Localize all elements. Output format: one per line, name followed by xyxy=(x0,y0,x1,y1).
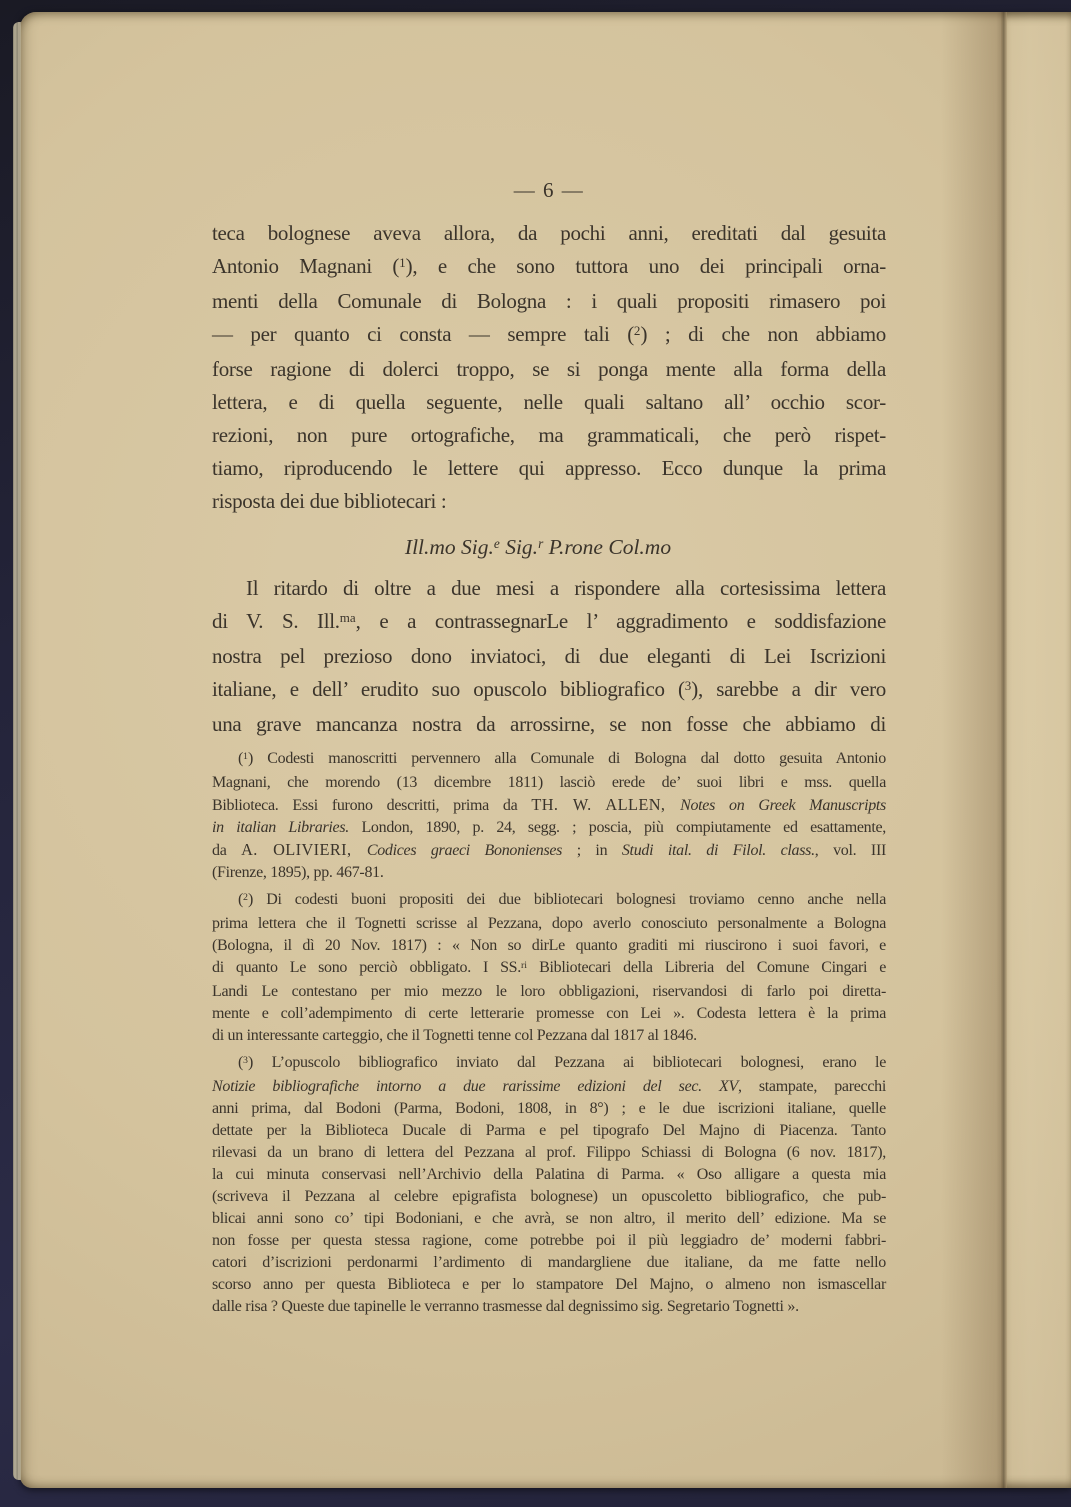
text-segment: Studi ital. di Filol. class. xyxy=(622,842,815,859)
text-segment: rilevasi da un brano di lettera del Pezz… xyxy=(212,1144,886,1161)
text-segment: di V. S. Ill. xyxy=(212,609,340,633)
photo-background: { "page": { "number_display": "— 6 —" },… xyxy=(0,0,1071,1507)
text-line: (Bologna, il dì 20 Nov. 1817) : « Non so… xyxy=(212,935,886,957)
text-segment: anni prima, dal Bodoni (Parma, Bodoni, 1… xyxy=(212,1100,886,1117)
text-segment: ) Codesti manoscritti pervennero alla Co… xyxy=(248,750,886,767)
footnote-3: (3) L’opuscolo bibliografico inviato dal… xyxy=(212,1052,886,1318)
text-line: blicai anni sono co’ tipi Bodoniani, e c… xyxy=(212,1208,886,1230)
text-segment: mente e coll’adempimento di certe letter… xyxy=(212,1005,886,1022)
superscript: 2 xyxy=(634,323,641,338)
text-segment: blicai anni sono co’ tipi Bodoniani, e c… xyxy=(212,1210,886,1227)
text-segment: Biblioteca. Essi furono descritti, prima… xyxy=(212,797,531,814)
text-line: in italian Libraries. London, 1890, p. 2… xyxy=(212,817,886,839)
text-segment: menti della Comunale di Bologna : i qual… xyxy=(212,289,886,313)
text-segment: Ill.mo Sig. xyxy=(405,535,494,559)
footnote-2: (2) Di codesti buoni propositi dei due b… xyxy=(212,889,886,1047)
text-line: Il ritardo di oltre a due mesi a rispond… xyxy=(212,572,886,605)
text-segment: London, 1890, p. 24, segg. ; poscia, più… xyxy=(349,819,886,836)
superscript: 3 xyxy=(685,678,692,693)
text-segment: ), sarebbe a dir vero xyxy=(691,677,886,701)
text-segment: , e a contrassegnarLe l’ aggradimento e … xyxy=(356,609,886,633)
text-line: Landi Le contestano per mio mezzo le lor… xyxy=(212,981,886,1003)
letter-opening-paragraph: Il ritardo di oltre a due mesi a rispond… xyxy=(212,572,886,741)
text-line: mente e coll’adempimento di certe letter… xyxy=(212,1003,886,1025)
text-segment: (Firenze, 1895), pp. 467-81. xyxy=(212,864,384,881)
text-line: Magnani, che morendo (13 dicembre 1811) … xyxy=(212,772,886,794)
text-line: lettera, e di quella seguente, nelle qua… xyxy=(212,386,886,419)
text-segment: Sig. xyxy=(500,535,538,559)
superscript: ri xyxy=(521,960,527,971)
footnotes-section: (1) Codesti manoscritti pervennero alla … xyxy=(212,748,886,1318)
text-segment: ; in xyxy=(562,842,622,859)
text-line: (Firenze, 1895), pp. 467-81. xyxy=(212,862,886,884)
text-segment: (Bologna, il dì 20 Nov. 1817) : « Non so… xyxy=(212,937,886,954)
text-segment: Codices graeci Bononienses xyxy=(367,842,562,859)
text-segment: di quanto Le sono perciò obbligato. I SS… xyxy=(212,959,521,976)
text-line: una grave mancanza nostra da arrossirne,… xyxy=(212,708,886,741)
text-line: non fosse per questa stessa ragione, com… xyxy=(212,1230,886,1252)
text-segment: ), e che sono tuttora uno dei principali… xyxy=(406,254,886,278)
text-segment: dalle risa ? Queste due tapinelle le ver… xyxy=(212,1298,799,1315)
text-line: anni prima, dal Bodoni (Parma, Bodoni, 1… xyxy=(212,1098,886,1120)
text-segment: ) ; di che non abbiamo xyxy=(640,322,886,346)
footnote-1: (1) Codesti manoscritti pervennero alla … xyxy=(212,748,886,884)
text-segment: forse ragione di dolerci troppo, se si p… xyxy=(212,357,886,381)
text-line: Biblioteca. Essi furono descritti, prima… xyxy=(212,794,886,817)
text-segment: la cui minuta conservasi nell’Archivio d… xyxy=(212,1166,886,1183)
text-segment: in italian Libraries. xyxy=(212,819,349,836)
text-segment: Landi Le contestano per mio mezzo le lor… xyxy=(212,983,886,1000)
text-line: Notizie bibliografiche intorno a due rar… xyxy=(212,1076,886,1098)
text-line: scorso anno per questa Biblioteca e per … xyxy=(212,1274,886,1296)
text-line: di quanto Le sono perciò obbligato. I SS… xyxy=(212,957,886,981)
text-segment: (scriveva il Pezzana al celebre epigrafi… xyxy=(212,1188,886,1205)
text-segment: teca bolognese aveva allora, da pochi an… xyxy=(212,221,886,245)
text-segment: , vol. III xyxy=(815,842,886,859)
text-line: menti della Comunale di Bologna : i qual… xyxy=(212,285,886,318)
text-segment: italiane, e dell’ erudito suo opuscolo b… xyxy=(212,677,685,701)
text-line: Antonio Magnani (1), e che sono tuttora … xyxy=(212,250,886,285)
text-segment: Magnani, che morendo (13 dicembre 1811) … xyxy=(212,774,886,791)
text-segment: P.rone Col.mo xyxy=(543,535,671,559)
text-line: prima lettera che il Tognetti scrisse al… xyxy=(212,913,886,935)
text-segment: TH. W. ALLEN, xyxy=(531,795,680,814)
text-segment: tiamo, riproducendo le lettere qui appre… xyxy=(212,456,886,480)
text-segment: risposta dei due bibliotecari : xyxy=(212,489,446,513)
paragraph-continued: teca bolognese aveva allora, da pochi an… xyxy=(212,217,886,518)
text-segment: catori d’iscrizioni perdonarmi l’ardimen… xyxy=(212,1254,886,1271)
superscript: 1 xyxy=(243,751,248,762)
superscript: r xyxy=(538,536,543,551)
text-segment: una grave mancanza nostra da arrossirne,… xyxy=(212,712,886,736)
text-segment: scorso anno per questa Biblioteca e per … xyxy=(212,1276,886,1293)
text-segment: lettera, e di quella seguente, nelle qua… xyxy=(212,390,886,414)
superscript: 3 xyxy=(243,1055,248,1066)
text-line: forse ragione di dolerci troppo, se si p… xyxy=(212,353,886,386)
text-line: — per quanto ci consta — sempre tali (2)… xyxy=(212,318,886,353)
text-line: rilevasi da un brano di lettera del Pezz… xyxy=(212,1142,886,1164)
text-segment: ) L’opuscolo bibliografico inviato dal P… xyxy=(248,1054,886,1071)
text-segment: Antonio Magnani ( xyxy=(212,254,399,278)
text-segment: prima lettera che il Tognetti scrisse al… xyxy=(212,915,886,932)
text-line: tiamo, riproducendo le lettere qui appre… xyxy=(212,452,886,485)
gutter-shade xyxy=(941,12,1001,1488)
text-line: catori d’iscrizioni perdonarmi l’ardimen… xyxy=(212,1252,886,1274)
text-line: rezioni, non pure ortografiche, ma gramm… xyxy=(212,419,886,452)
text-line: (scriveva il Pezzana al celebre epigrafi… xyxy=(212,1186,886,1208)
text-line: la cui minuta conservasi nell’Archivio d… xyxy=(212,1164,886,1186)
text-segment: — per quanto ci consta — sempre tali ( xyxy=(212,322,634,346)
text-line: da A. OLIVIERI, Codices graeci Bononiens… xyxy=(212,839,886,862)
book-page: — 6 — teca bolognese aveva allora, da po… xyxy=(20,12,1071,1488)
text-segment: di un interessante carteggio, che il Tog… xyxy=(212,1027,697,1044)
text-line: italiane, e dell’ erudito suo opuscolo b… xyxy=(212,673,886,708)
page-stack-edges xyxy=(13,22,21,1480)
text-line: di V. S. Ill.ma, e a contrassegnarLe l’ … xyxy=(212,605,886,640)
text-segment: Il ritardo di oltre a due mesi a rispond… xyxy=(246,576,886,600)
text-segment: da xyxy=(212,842,241,859)
page-content: — 6 — teca bolognese aveva allora, da po… xyxy=(212,12,886,1318)
text-segment: ) Di codesti buoni propositi dei due bib… xyxy=(248,891,886,908)
text-line: dettate per la Biblioteca Ducale di Parm… xyxy=(212,1120,886,1142)
text-segment: Notizie bibliografiche intorno a due rar… xyxy=(212,1078,738,1095)
text-segment: Notes on Greek Manuscripts xyxy=(680,797,886,814)
text-segment: rezioni, non pure ortografiche, ma gramm… xyxy=(212,423,886,447)
superscript: e xyxy=(494,536,500,551)
text-segment: Bibliotecari della Libreria del Comune C… xyxy=(527,959,886,976)
text-segment: non fosse per questa stessa ragione, com… xyxy=(212,1232,886,1249)
text-line: dalle risa ? Queste due tapinelle le ver… xyxy=(212,1296,886,1318)
text-line: teca bolognese aveva allora, da pochi an… xyxy=(212,217,886,250)
text-segment: , stampate, parecchi xyxy=(738,1078,886,1095)
text-segment: A. OLIVIERI, xyxy=(241,840,367,859)
text-segment: nostra pel prezioso dono inviatoci, di d… xyxy=(212,644,886,668)
text-line: risposta dei due bibliotecari : xyxy=(212,485,886,518)
letter-salutation: Ill.mo Sig.e Sig.r P.rone Col.mo xyxy=(212,531,886,566)
superscript: 1 xyxy=(399,255,406,270)
text-line: Ill.mo Sig.e Sig.r P.rone Col.mo xyxy=(212,531,864,566)
text-segment: dettate per la Biblioteca Ducale di Parm… xyxy=(212,1122,886,1139)
text-line: (3) L’opuscolo bibliografico inviato dal… xyxy=(212,1052,886,1076)
superscript: ma xyxy=(340,610,356,625)
text-line: (1) Codesti manoscritti pervennero alla … xyxy=(212,748,886,772)
text-line: nostra pel prezioso dono inviatoci, di d… xyxy=(212,640,886,673)
superscript: 2 xyxy=(243,892,248,903)
text-line: di un interessante carteggio, che il Tog… xyxy=(212,1025,886,1047)
facing-page-edge xyxy=(1007,12,1071,1488)
page-number: — 6 — xyxy=(212,174,886,207)
text-line: (2) Di codesti buoni propositi dei due b… xyxy=(212,889,886,913)
